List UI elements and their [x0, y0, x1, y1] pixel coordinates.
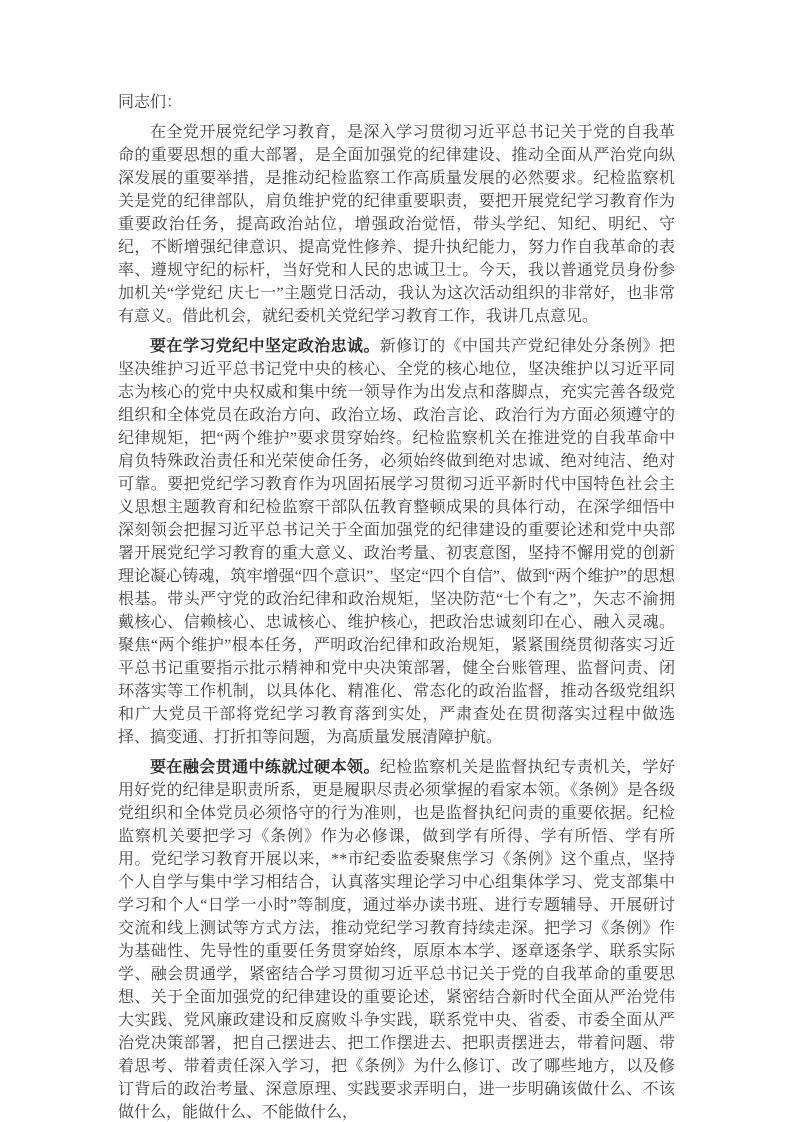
document-page: 同志们： 在全党开展党纪学习教育，是深入学习贯彻习近平总书记关于党的自我革命的重…: [0, 0, 793, 1122]
section-2-heading: 要在融会贯通中练就过硬本领。: [150, 759, 380, 776]
section-1-text: 新修订的《中国共产党纪律处分条例》把坚决维护习近平总书记党中央的核心、全党的核心…: [118, 338, 675, 746]
paragraph-section-2: 要在融会贯通中练就过硬本领。纪检监察机关是监督执纪专责机关，学好用好党的纪律是职…: [118, 756, 675, 1122]
section-2-text: 纪检监察机关是监督执纪专责机关，学好用好党的纪律是职责所系，更是履职尽责必须掌握…: [118, 759, 675, 1121]
section-1-heading: 要在学习党纪中坚定政治忠诚。: [150, 338, 380, 355]
salutation: 同志们：: [118, 91, 675, 114]
paragraph-intro-text: 在全党开展党纪学习教育，是深入学习贯彻习近平总书记关于党的自我革命的重要思想的重…: [118, 124, 675, 325]
paragraph-section-1: 要在学习党纪中坚定政治忠诚。新修订的《中国共产党纪律处分条例》把坚决维护习近平总…: [118, 335, 675, 749]
paragraph-intro: 在全党开展党纪学习教育，是深入学习贯彻习近平总书记关于党的自我革命的重要思想的重…: [118, 121, 675, 328]
